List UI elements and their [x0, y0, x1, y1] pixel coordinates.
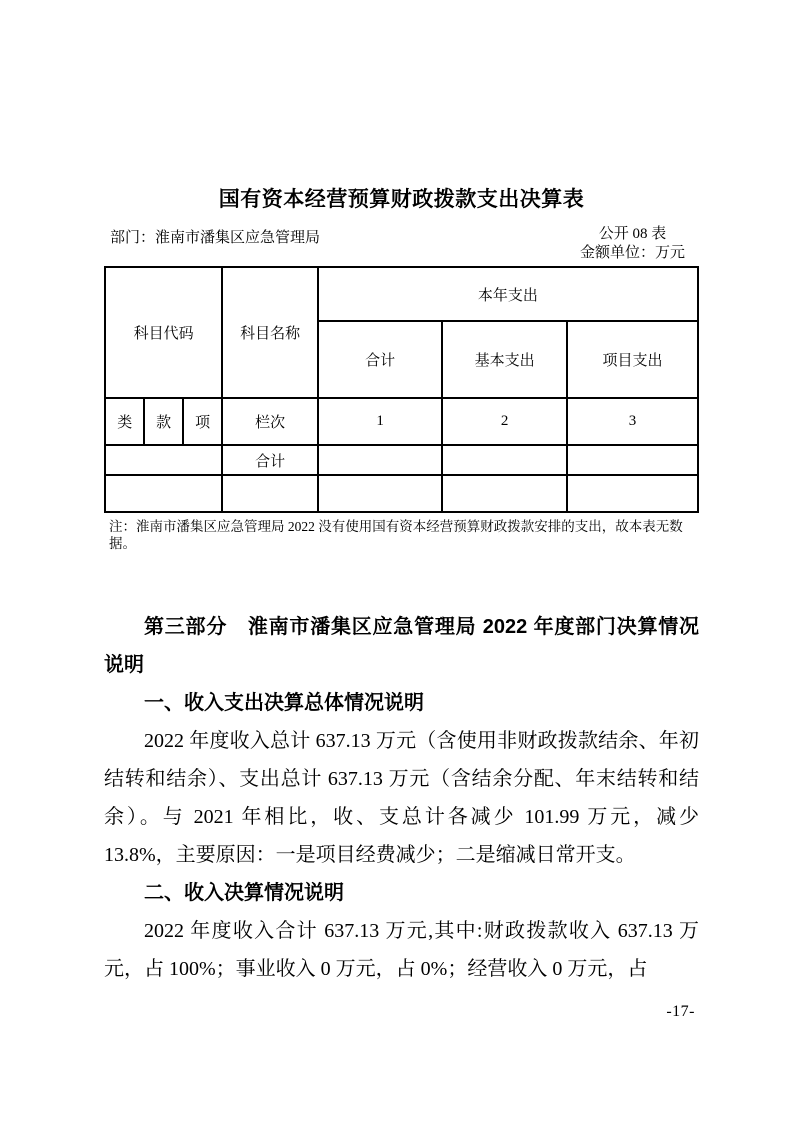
part3-heading: 第三部分 淮南市潘集区应急管理局 2022 年度部门决算情况说明: [104, 608, 699, 684]
table-empty-row: [105, 475, 698, 512]
header-total: 合计: [318, 321, 443, 398]
empty-row-basic: [442, 475, 567, 512]
index-col1: 1: [318, 398, 443, 445]
header-current-year-expenditure: 本年支出: [318, 267, 698, 321]
index-column-label: 栏次: [222, 398, 317, 445]
index-col2: 2: [442, 398, 567, 445]
table-total-row: 合计: [105, 445, 698, 475]
document-page: 国有资本经营预算财政拨款支出决算表 部门：淮南市潘集区应急管理局 公开 08 表…: [0, 0, 793, 1122]
empty-row-name: [222, 475, 317, 512]
section1-paragraph: 2022 年度收入总计 637.13 万元（含使用非财政拨款结余、年初结转和结余…: [104, 722, 699, 874]
page-content: 国有资本经营预算财政拨款支出决算表 部门：淮南市潘集区应急管理局 公开 08 表…: [0, 0, 793, 1021]
table-meta-row: 部门：淮南市潘集区应急管理局 公开 08 表 金额单位：万元: [104, 225, 699, 263]
index-clause: 款: [144, 398, 183, 445]
total-row-label: 合计: [222, 445, 317, 475]
index-col3: 3: [567, 398, 698, 445]
header-subject-code: 科目代码: [105, 267, 222, 398]
total-row-code-cell: [105, 445, 222, 475]
table-index-row: 类 款 项 栏次 1 2 3: [105, 398, 698, 445]
form-code: 公开 08 表: [580, 225, 685, 244]
section2-heading: 二、收入决算情况说明: [104, 874, 699, 912]
department-line: 部门：淮南市潘集区应急管理局: [104, 225, 320, 248]
section1-heading: 一、收入支出决算总体情况说明: [104, 684, 699, 722]
total-row-basic: [442, 445, 567, 475]
form-meta: 公开 08 表 金额单位：万元: [580, 225, 685, 263]
header-subject-name: 科目名称: [222, 267, 317, 398]
table-header-row-1: 科目代码 科目名称 本年支出: [105, 267, 698, 321]
header-project-expenditure: 项目支出: [567, 321, 698, 398]
empty-row-total: [318, 475, 443, 512]
empty-row-code-cell: [105, 475, 222, 512]
final-accounts-table: 科目代码 科目名称 本年支出 合计 基本支出 项目支出 类 款 项 栏次 1 2…: [104, 266, 699, 513]
total-row-project: [567, 445, 698, 475]
document-title: 国有资本经营预算财政拨款支出决算表: [104, 0, 699, 213]
index-item: 项: [183, 398, 222, 445]
narrative-section: 第三部分 淮南市潘集区应急管理局 2022 年度部门决算情况说明 一、收入支出决…: [104, 608, 699, 988]
unit-line: 金额单位：万元: [580, 244, 685, 263]
empty-row-project: [567, 475, 698, 512]
header-basic-expenditure: 基本支出: [442, 321, 567, 398]
total-row-total: [318, 445, 443, 475]
index-class: 类: [105, 398, 144, 445]
table-footnote: 注：淮南市潘集区应急管理局 2022 没有使用国有资本经营预算财政拨款安排的支出…: [104, 518, 699, 552]
section2-paragraph: 2022 年度收入合计 637.13 万元,其中:财政拨款收入 637.13 万…: [104, 912, 699, 988]
page-number: -17-: [104, 1003, 699, 1021]
